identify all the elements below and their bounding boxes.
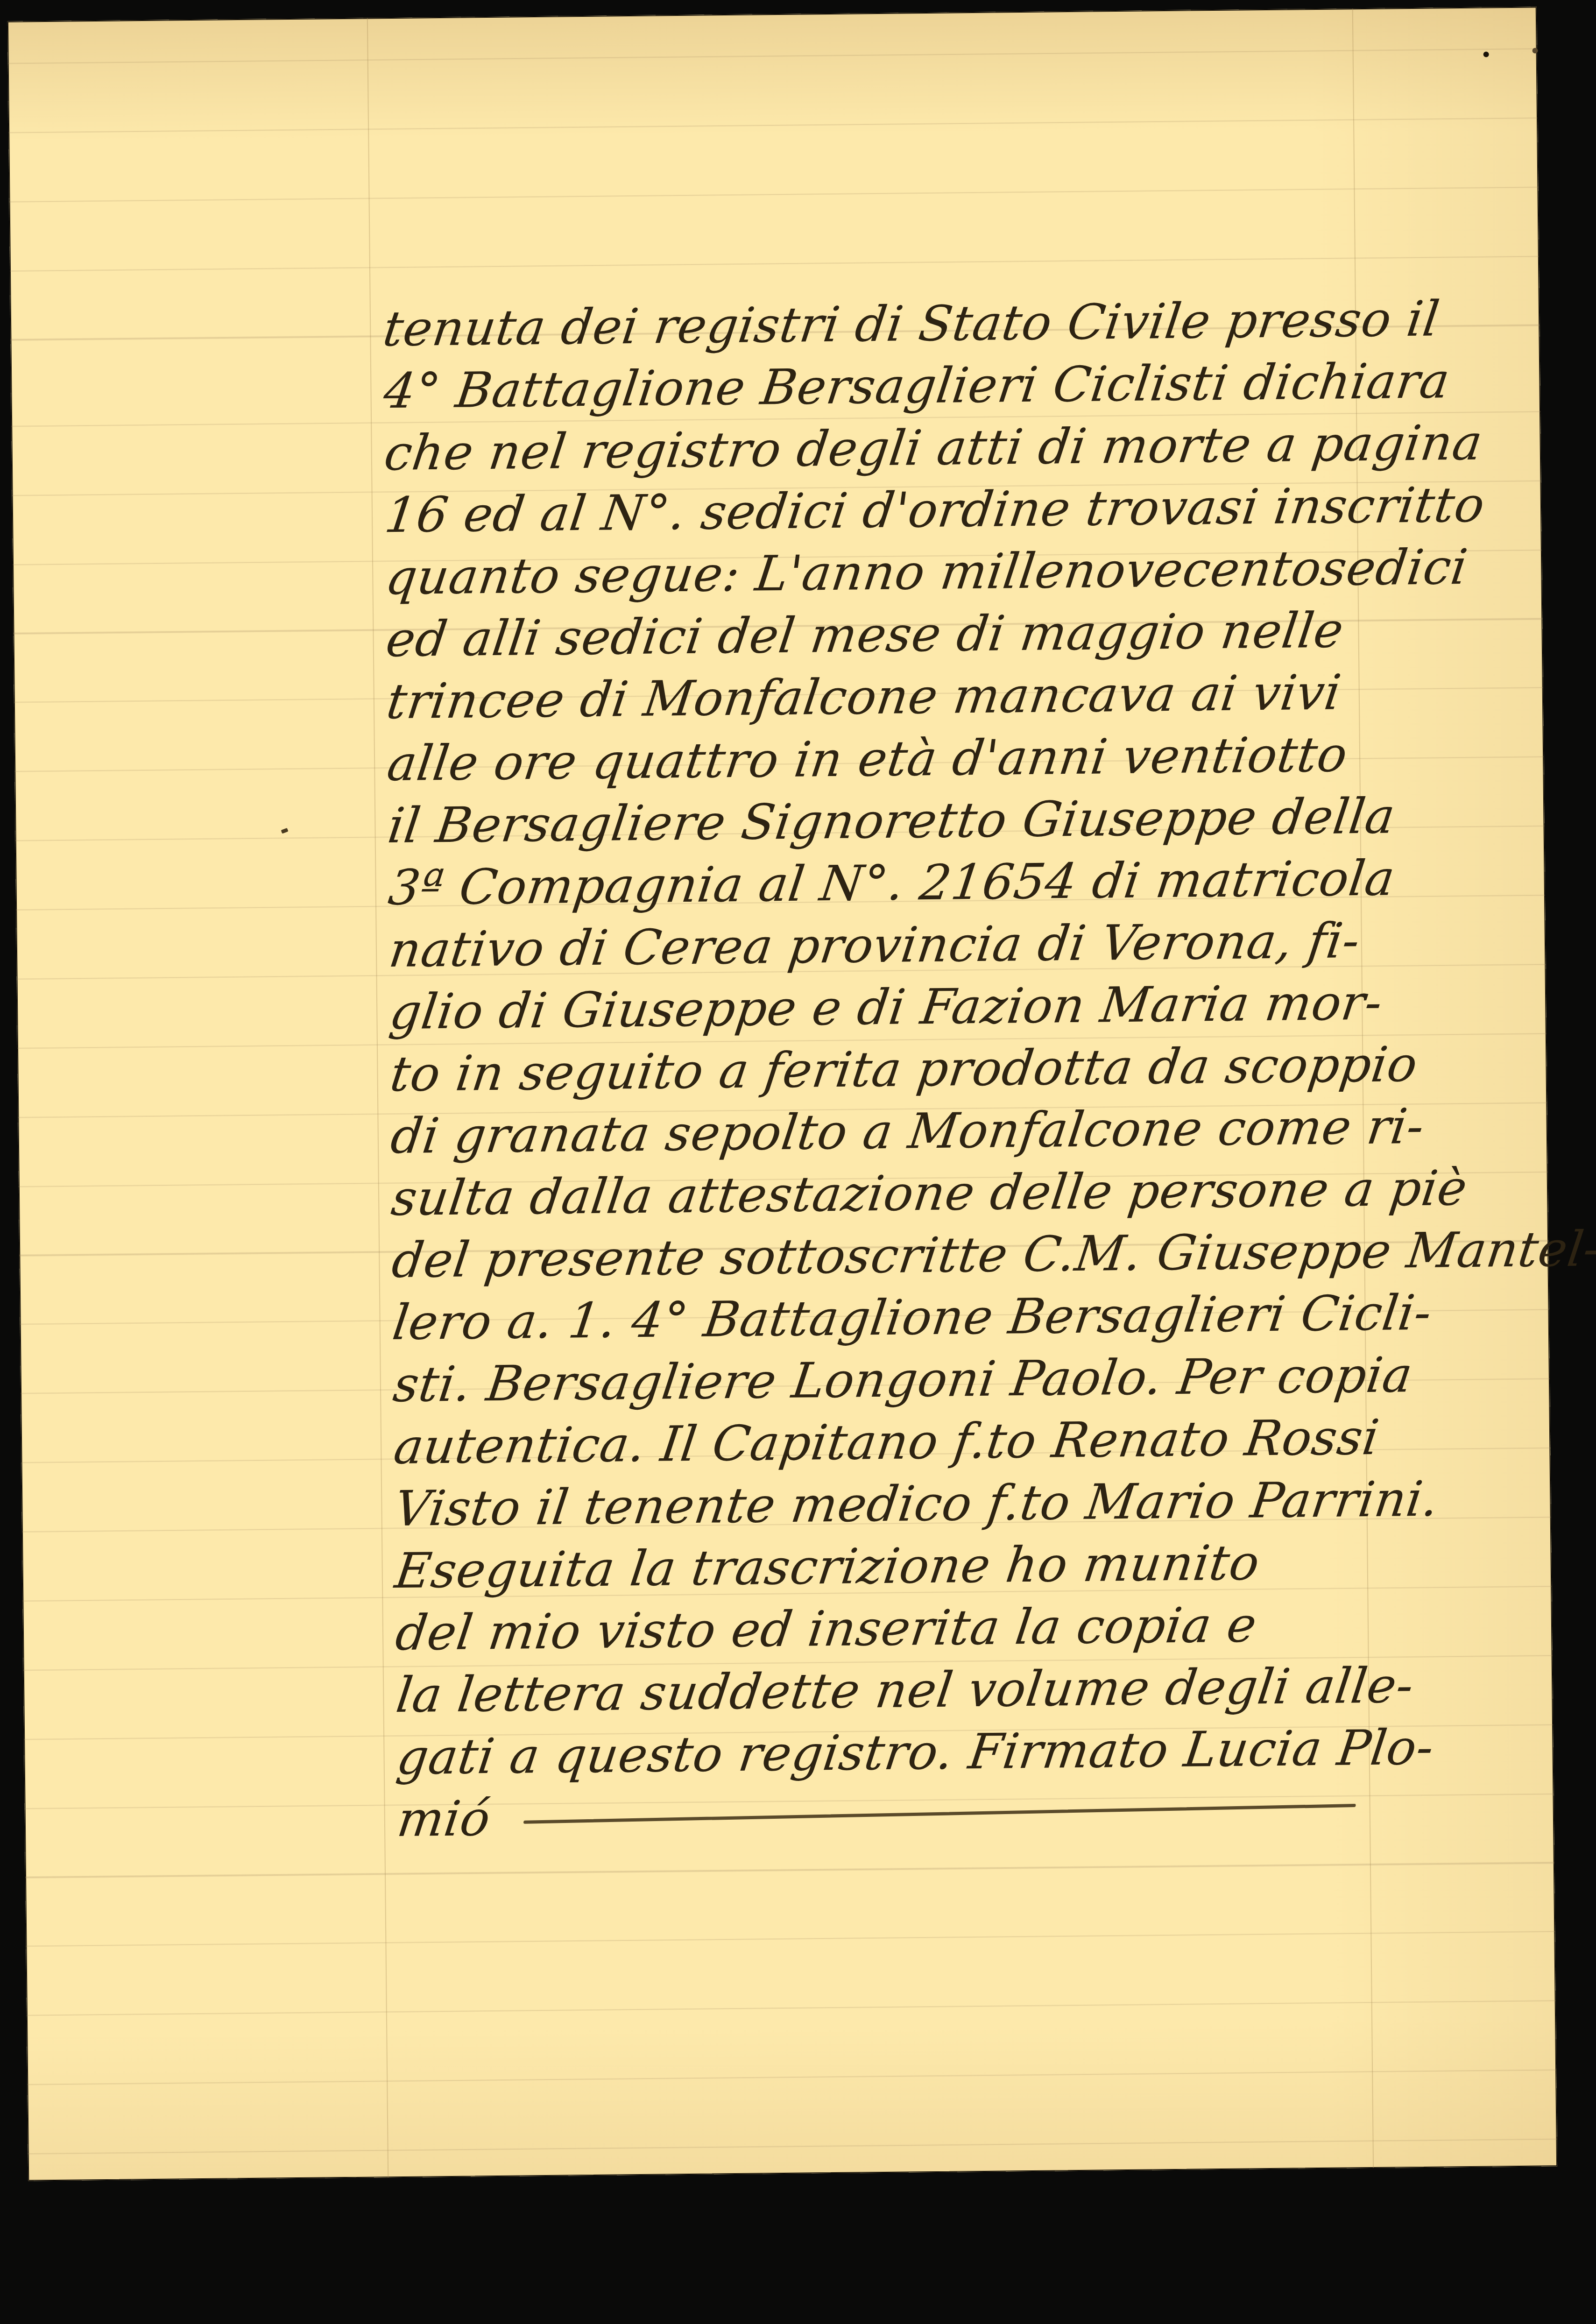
text-line: 4° Battaglione Bersaglieri Ciclisti dich… [380,350,1397,422]
text-line: trincee di Monfalcone mancava ai vivi [383,661,1400,733]
text-line: Visto il tenente medico f.to Mario Parri… [391,1468,1407,1540]
text-line: di granata sepolto a Monfalcone come ri- [387,1095,1404,1167]
text-line: glio di Giuseppe e di Fazion Maria mor- [386,971,1403,1043]
text-line: sulta dalla attestazione delle persone a… [388,1158,1405,1229]
document-page: tenuta dei registri di Stato Civile pres… [7,7,1557,2181]
text-line: il Bersagliere Signoretto Giuseppe della [384,785,1401,857]
text-line: mió [394,1790,494,1848]
text-line: sti. Bersagliere Longoni Paolo. Per copi… [390,1344,1406,1416]
text-line: alle ore quattro in età d'anni ventiotto [384,723,1400,795]
scan-background: tenuta dei registri di Stato Civile pres… [0,0,1596,2324]
text-line: tenuta dei registri di Stato Civile pres… [380,288,1396,360]
text-line: to in seguito a ferita prodotta da scopp… [387,1033,1403,1105]
text-line: che nel registro degli atti di morte a p… [381,412,1397,484]
text-line: lero a. 1. 4° Battaglione Bersaglieri Ci… [389,1282,1405,1354]
text-line: gati a questo registro. Firmato Lucia Pl… [393,1717,1410,1788]
text-line: 3ª Compagnia al N°. 21654 di matricola [385,847,1401,919]
handwritten-text-block: tenuta dei registri di Stato Civile pres… [379,288,1403,1851]
final-line: mió [394,1779,1411,1851]
text-line: del presente sottoscritte C.M. Giuseppe … [388,1220,1405,1292]
text-line: autentica. Il Capitano f.to Renato Rossi [390,1406,1407,1478]
closing-underline [523,1804,1356,1824]
punch-hole-mark [1532,48,1538,53]
text-line: del mio visto ed inserita la copia e [392,1592,1409,1664]
text-line: 16 ed al N°. sedici d'ordine trovasi ins… [381,474,1398,546]
text-line: quanto segue: L'anno millenovecentosedic… [382,537,1398,608]
text-line: nativo di Cerea provincia di Verona, fi- [386,909,1402,981]
punch-hole-mark [1483,51,1489,57]
text-line: Eseguita la trascrizione ho munito [391,1530,1408,1602]
text-line: ed alli sedici del mese di maggio nelle [382,599,1399,671]
text-line: la lettera suddette nel volume degli all… [393,1654,1409,1726]
